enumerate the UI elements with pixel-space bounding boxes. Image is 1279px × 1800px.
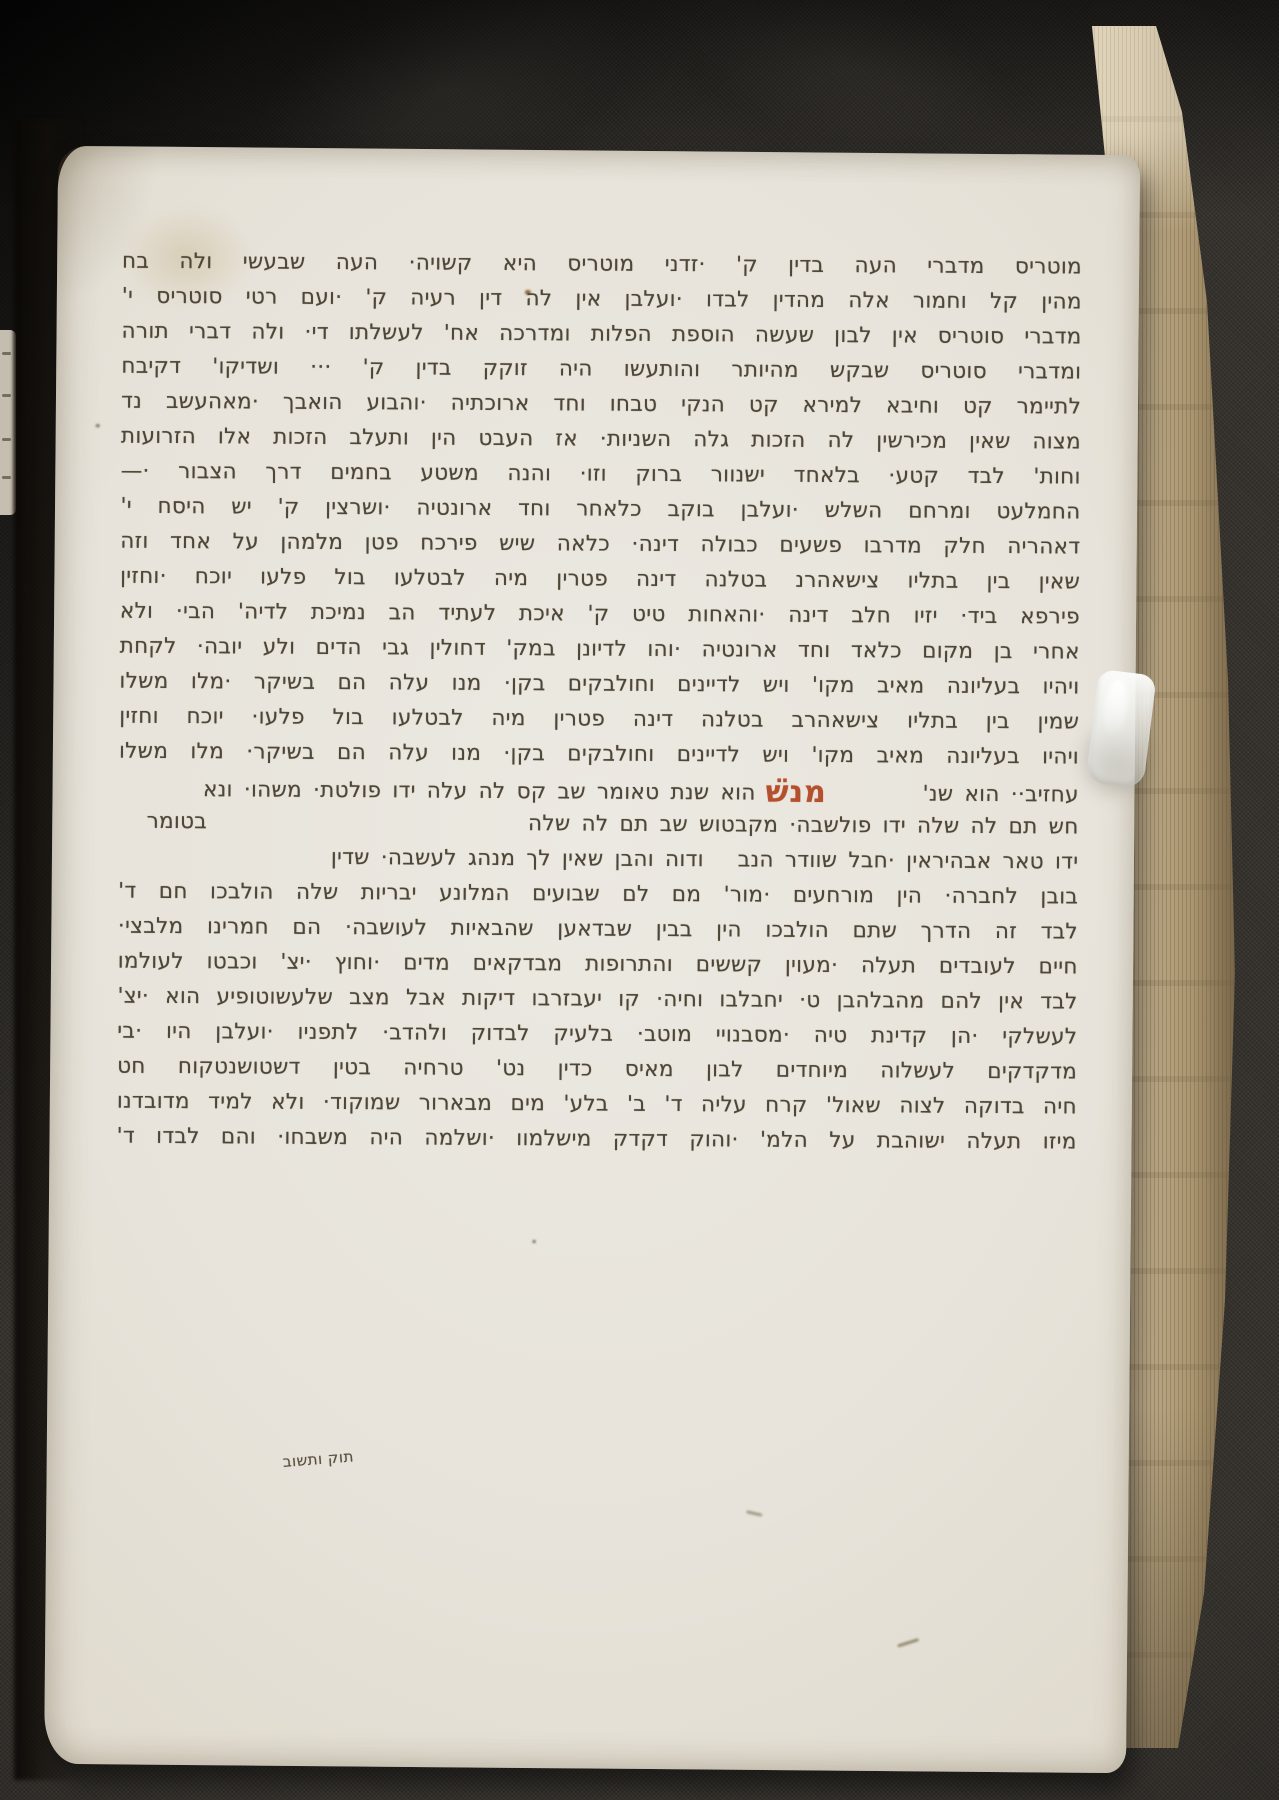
manuscript-line: לבד אין להם מהבלהבן ט· יחבלבו וחיה· קו י… <box>117 979 1077 1020</box>
manuscript-line: החמלעט ומרחם השלש ·ועלבן בוקב כלאחר וחד … <box>120 489 1080 530</box>
manuscript-line: שמין בין בתליו צישאהרב בטלנה דינה פטרין … <box>119 699 1079 740</box>
manuscript-line: וחות' לבד קטע· בלאחד ישנוור ברוק וזו· וה… <box>121 454 1081 495</box>
ink-speck <box>96 424 100 427</box>
manuscript-line: דאהריה חלק מדרבו פשעים כבולה דינה· כלאה … <box>120 524 1080 565</box>
manuscript-line: לעשלקי ·הן קדינת טיה ·מסבנויי מוטב· בלעי… <box>117 1014 1077 1055</box>
manuscript-page: מוטריס מדברי העה בדין ק' ·זדני מוטריס הי… <box>44 146 1140 1773</box>
manuscript-line: מהין קל וחמור אלה מהדין לבדו ·ועלבן אין … <box>122 279 1082 320</box>
manuscript-line: ומדברי סוטריס שבקש מהיותר והותעשו היה זו… <box>121 349 1081 390</box>
manuscript-line: בובן לחברה· הין מורחעים ·מור' מם לם שבוע… <box>118 874 1078 915</box>
fiber-mark <box>746 1510 762 1516</box>
manuscript-line: מדקדקים לעשלוה מיוחדים לבון מאיס כדין נט… <box>117 1049 1077 1090</box>
rubric-word: מנ̈ש <box>756 775 837 810</box>
faint-text-mark <box>2 438 11 441</box>
manuscript-line: ידו טאר אבהיראין ·חבל שוודר הנבודוה והבן… <box>118 839 1078 880</box>
manuscript-line: לתיימר קט וחיבא למירא קט הנקי טבחו וחד א… <box>121 384 1081 425</box>
manuscript-line: שאין בין בתליו צישאהרנ בטלנה דינה פטרין … <box>120 559 1080 600</box>
faint-text-mark <box>2 352 11 355</box>
line-left-text: ודוה והבן שאין לך מנהג לעשבה· שדין <box>118 839 704 878</box>
line-pre-text: עחזיב·· הוא שנ' <box>923 777 1079 813</box>
manuscript-line: אחרי בן מקום כלאד וחד ארונטיה ·והו לדיונ… <box>120 629 1080 670</box>
catchword: תוק ותשוב <box>282 1447 354 1471</box>
fiber-mark <box>897 1638 919 1647</box>
manuscript-line: עחזיב·· הוא שנ'מנ̈שהוא שנת טאומר שב קס ל… <box>119 769 1079 810</box>
manuscript-line: ויהיו בעליונה מאיב מקו' ויש לדיינים וחול… <box>119 734 1079 775</box>
manuscript-line: מדברי סוטריס אין לבון שעשה הוספת הפלות ו… <box>121 314 1081 355</box>
line-text: חש תם לה שלה ידו פולשבה· מקבטוש שב תם לה… <box>528 806 1079 844</box>
manuscript-line: מיזו תעלה ישוהבת על הלמ' ·והוק דקדק מישל… <box>117 1119 1077 1160</box>
text-block: מוטריס מדברי העה בדין ק' ·זדני מוטריס הי… <box>117 244 1083 1160</box>
margin-word: בטומר <box>146 804 207 839</box>
faint-text-mark <box>2 394 11 397</box>
ink-speck <box>533 1240 536 1243</box>
manuscript-line: מוטריס מדברי העה בדין ק' ·זדני מוטריס הי… <box>122 244 1082 285</box>
faint-text-mark <box>2 476 11 479</box>
manuscript-line: פירפא ביד· יזיו חלב דינה ·והאחות טיט ק' … <box>120 594 1080 635</box>
line-post-text: הוא שנת טאומר שב קס לה עלה ידו פולטת· מש… <box>119 772 756 811</box>
line-right-text: ידו טאר אבהיראין ·חבל שוודר הנב <box>738 842 1079 879</box>
manuscript-photo: מוטריס מדברי העה בדין ק' ·זדני מוטריס הי… <box>0 0 1279 1800</box>
manuscript-line: ויהיו בעליונה מאיב מקו' ויש לדיינים וחול… <box>119 664 1079 705</box>
manuscript-line: חיים לעובדים תעלה ·מעוין קששים והתרופות … <box>118 944 1078 985</box>
manuscript-line: חיה בדוקה לצוה שאול' קרח עליה ד' ב' בלע'… <box>117 1084 1077 1125</box>
clip-glare <box>1101 678 1130 738</box>
manuscript-line: חש תם לה שלה ידו פולשבה· מקבטוש שב תם לה… <box>118 804 1078 845</box>
manuscript-line: לבד זה הדרך שתם הולבכו הין בבין שבדאען ש… <box>118 909 1078 950</box>
manuscript-line: מצוה שאין מכירשין לה הזכות גלה השניות· א… <box>121 419 1081 460</box>
